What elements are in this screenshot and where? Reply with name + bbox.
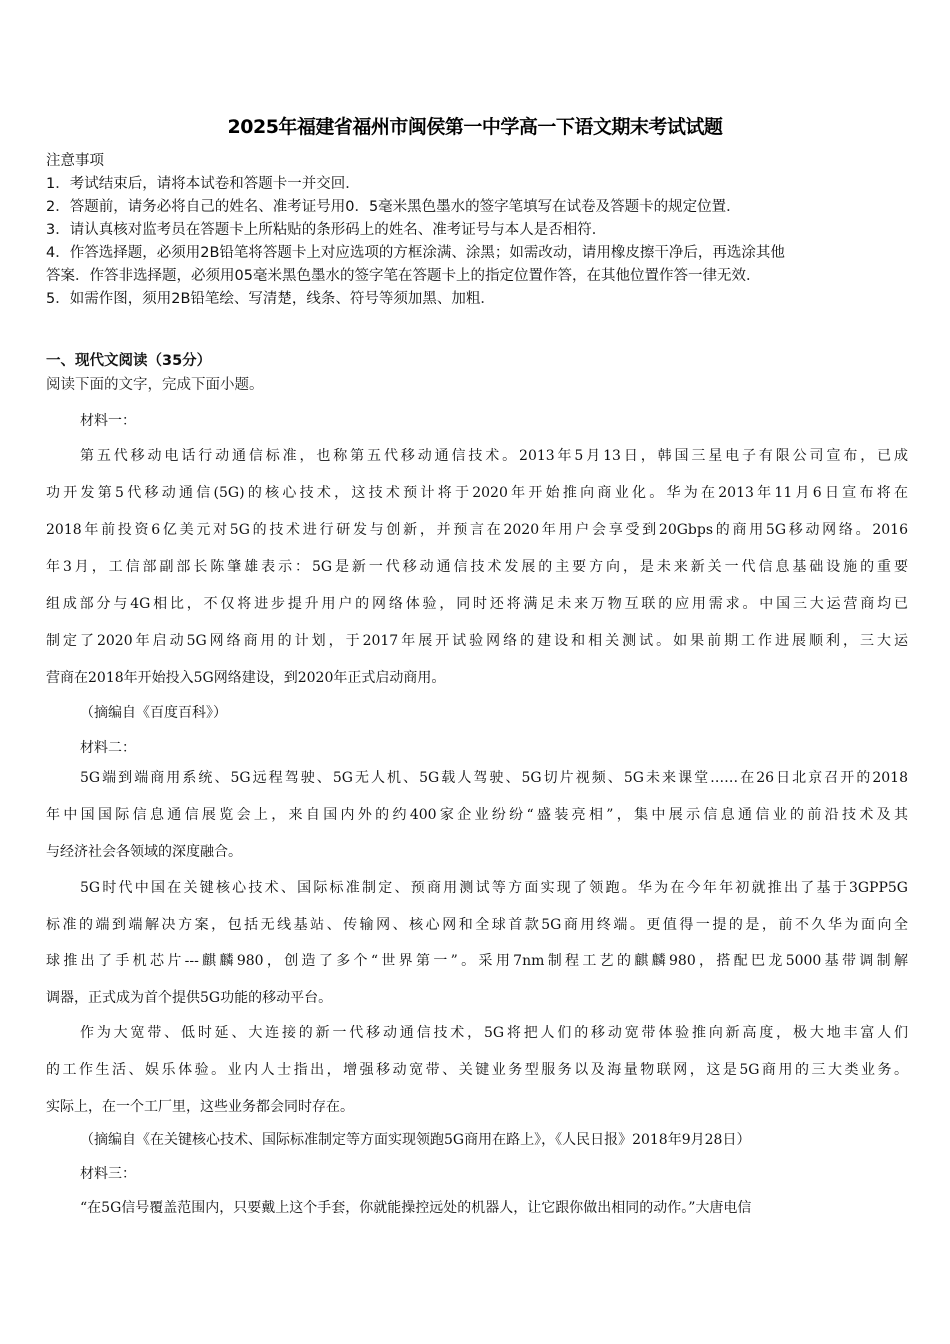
material1-line: 年3月，工信部副部长陈肇雄表示：5G是新一代移动通信技术发展的主要方向，是未来新… bbox=[46, 556, 908, 576]
material1-label: 材料一： bbox=[80, 410, 136, 430]
material2-line: 与经济社会各领域的深度融合。 bbox=[46, 841, 908, 861]
notice-heading: 注意事项 bbox=[46, 150, 908, 173]
material1-line: 组成部分与4G相比，不仅将进步提升用户的网络体验，同时还将满足未来万物互联的应用… bbox=[46, 593, 908, 613]
material2-line: 标准的端到端解决方案，包括无线基站、传输网、核心网和全球首款5G商用终端。更值得… bbox=[46, 914, 908, 934]
document-page: 2025年福建省福州市闽侯第一中学高一下语文期末考试试题 注意事项 1．考试结束… bbox=[0, 0, 950, 1344]
material3-line: “在5G信号覆盖范围内，只要戴上这个手套，你就能操控远处的机器人，让它跟你做出相… bbox=[80, 1197, 908, 1217]
material2-line: 球推出了手机芯片---麒麟980，创造了多个“世界第一”。采用7nm制程工艺的麒… bbox=[46, 950, 908, 970]
section-heading: 一、现代文阅读（35分） bbox=[46, 349, 211, 370]
material2-source: （摘编自《在关键核心技术、国际标准制定等方面实现领跑5G商用在路上》，《人民日报… bbox=[80, 1129, 750, 1149]
material2-label: 材料二： bbox=[80, 737, 136, 757]
material2-line: 作为大宽带、低时延、大连接的新一代移动通信技术，5G将把人们的移动宽带体验推向新… bbox=[80, 1022, 908, 1042]
material2-line: 年中国国际信息通信展览会上，来自国内外的约400家企业纷纷“盛装亮相”，集中展示… bbox=[46, 804, 908, 824]
notice-item-4: 4．作答选择题，必须用2B铅笔将答题卡上对应选项的方框涂满、涂黑；如需改动，请用… bbox=[46, 242, 908, 265]
notice-item-4-cont: 答案．作答非选择题，必须用05毫米黑色墨水的签字笔在答题卡上的指定位置作答，在其… bbox=[46, 265, 908, 288]
material1-line: 功开发第5代移动通信(5G)的核心技术，这技术预计将于2020年开始推向商业化。… bbox=[46, 482, 908, 502]
notice-item-2: 2．答题前，请务必将自己的姓名、准考证号用0．5毫米黑色墨水的签字笔填写在试卷及… bbox=[46, 196, 908, 219]
material2-line: 5G时代中国在关键核心技术、国际标准制定、预商用测试等方面实现了领跑。华为在今年… bbox=[80, 877, 908, 897]
material2-line: 5G端到端商用系统、5G远程驾驶、5G无人机、5G载人驾驶、5G切片视频、5G未… bbox=[80, 767, 908, 787]
material2-line: 的工作生活、娱乐体验。业内人士指出，增强移动宽带、关键业务型服务以及海量物联网，… bbox=[46, 1059, 908, 1079]
material1-line: 营商在2018年开始投入5G网络建设，到2020年正式启动商用。 bbox=[46, 667, 908, 687]
notice-block: 注意事项 1．考试结束后，请将本试卷和答题卡一并交回． 2．答题前，请务必将自己… bbox=[46, 150, 908, 311]
section-instruction: 阅读下面的文字，完成下面小题。 bbox=[46, 373, 264, 394]
material1-line: 制定了2020年启动5G网络商用的计划，于2017年展开试验网络的建设和相关测试… bbox=[46, 630, 908, 650]
material2-line: 调器，正式成为首个提供5G功能的移动平台。 bbox=[46, 987, 908, 1007]
notice-item-3: 3．请认真核对监考员在答题卡上所粘贴的条形码上的姓名、准考证号与本人是否相符． bbox=[46, 219, 908, 242]
material1-source: （摘编自《百度百科》） bbox=[80, 702, 227, 722]
material1-line: 第五代移动电话行动通信标准，也称第五代移动通信技术。2013年5月13日，韩国三… bbox=[80, 445, 908, 465]
material2-line: 实际上，在一个工厂里，这些业务都会同时存在。 bbox=[46, 1096, 908, 1116]
document-title: 2025年福建省福州市闽侯第一中学高一下语文期末考试试题 bbox=[0, 112, 950, 139]
material3-label: 材料三： bbox=[80, 1163, 136, 1183]
notice-item-1: 1．考试结束后，请将本试卷和答题卡一并交回． bbox=[46, 173, 908, 196]
material1-line: 2018年前投资6亿美元对5G的技术进行研发与创新，并预言在2020年用户会享受… bbox=[46, 519, 908, 539]
notice-item-5: 5．如需作图，须用2B铅笔绘、写清楚，线条、符号等须加黑、加粗． bbox=[46, 288, 908, 311]
